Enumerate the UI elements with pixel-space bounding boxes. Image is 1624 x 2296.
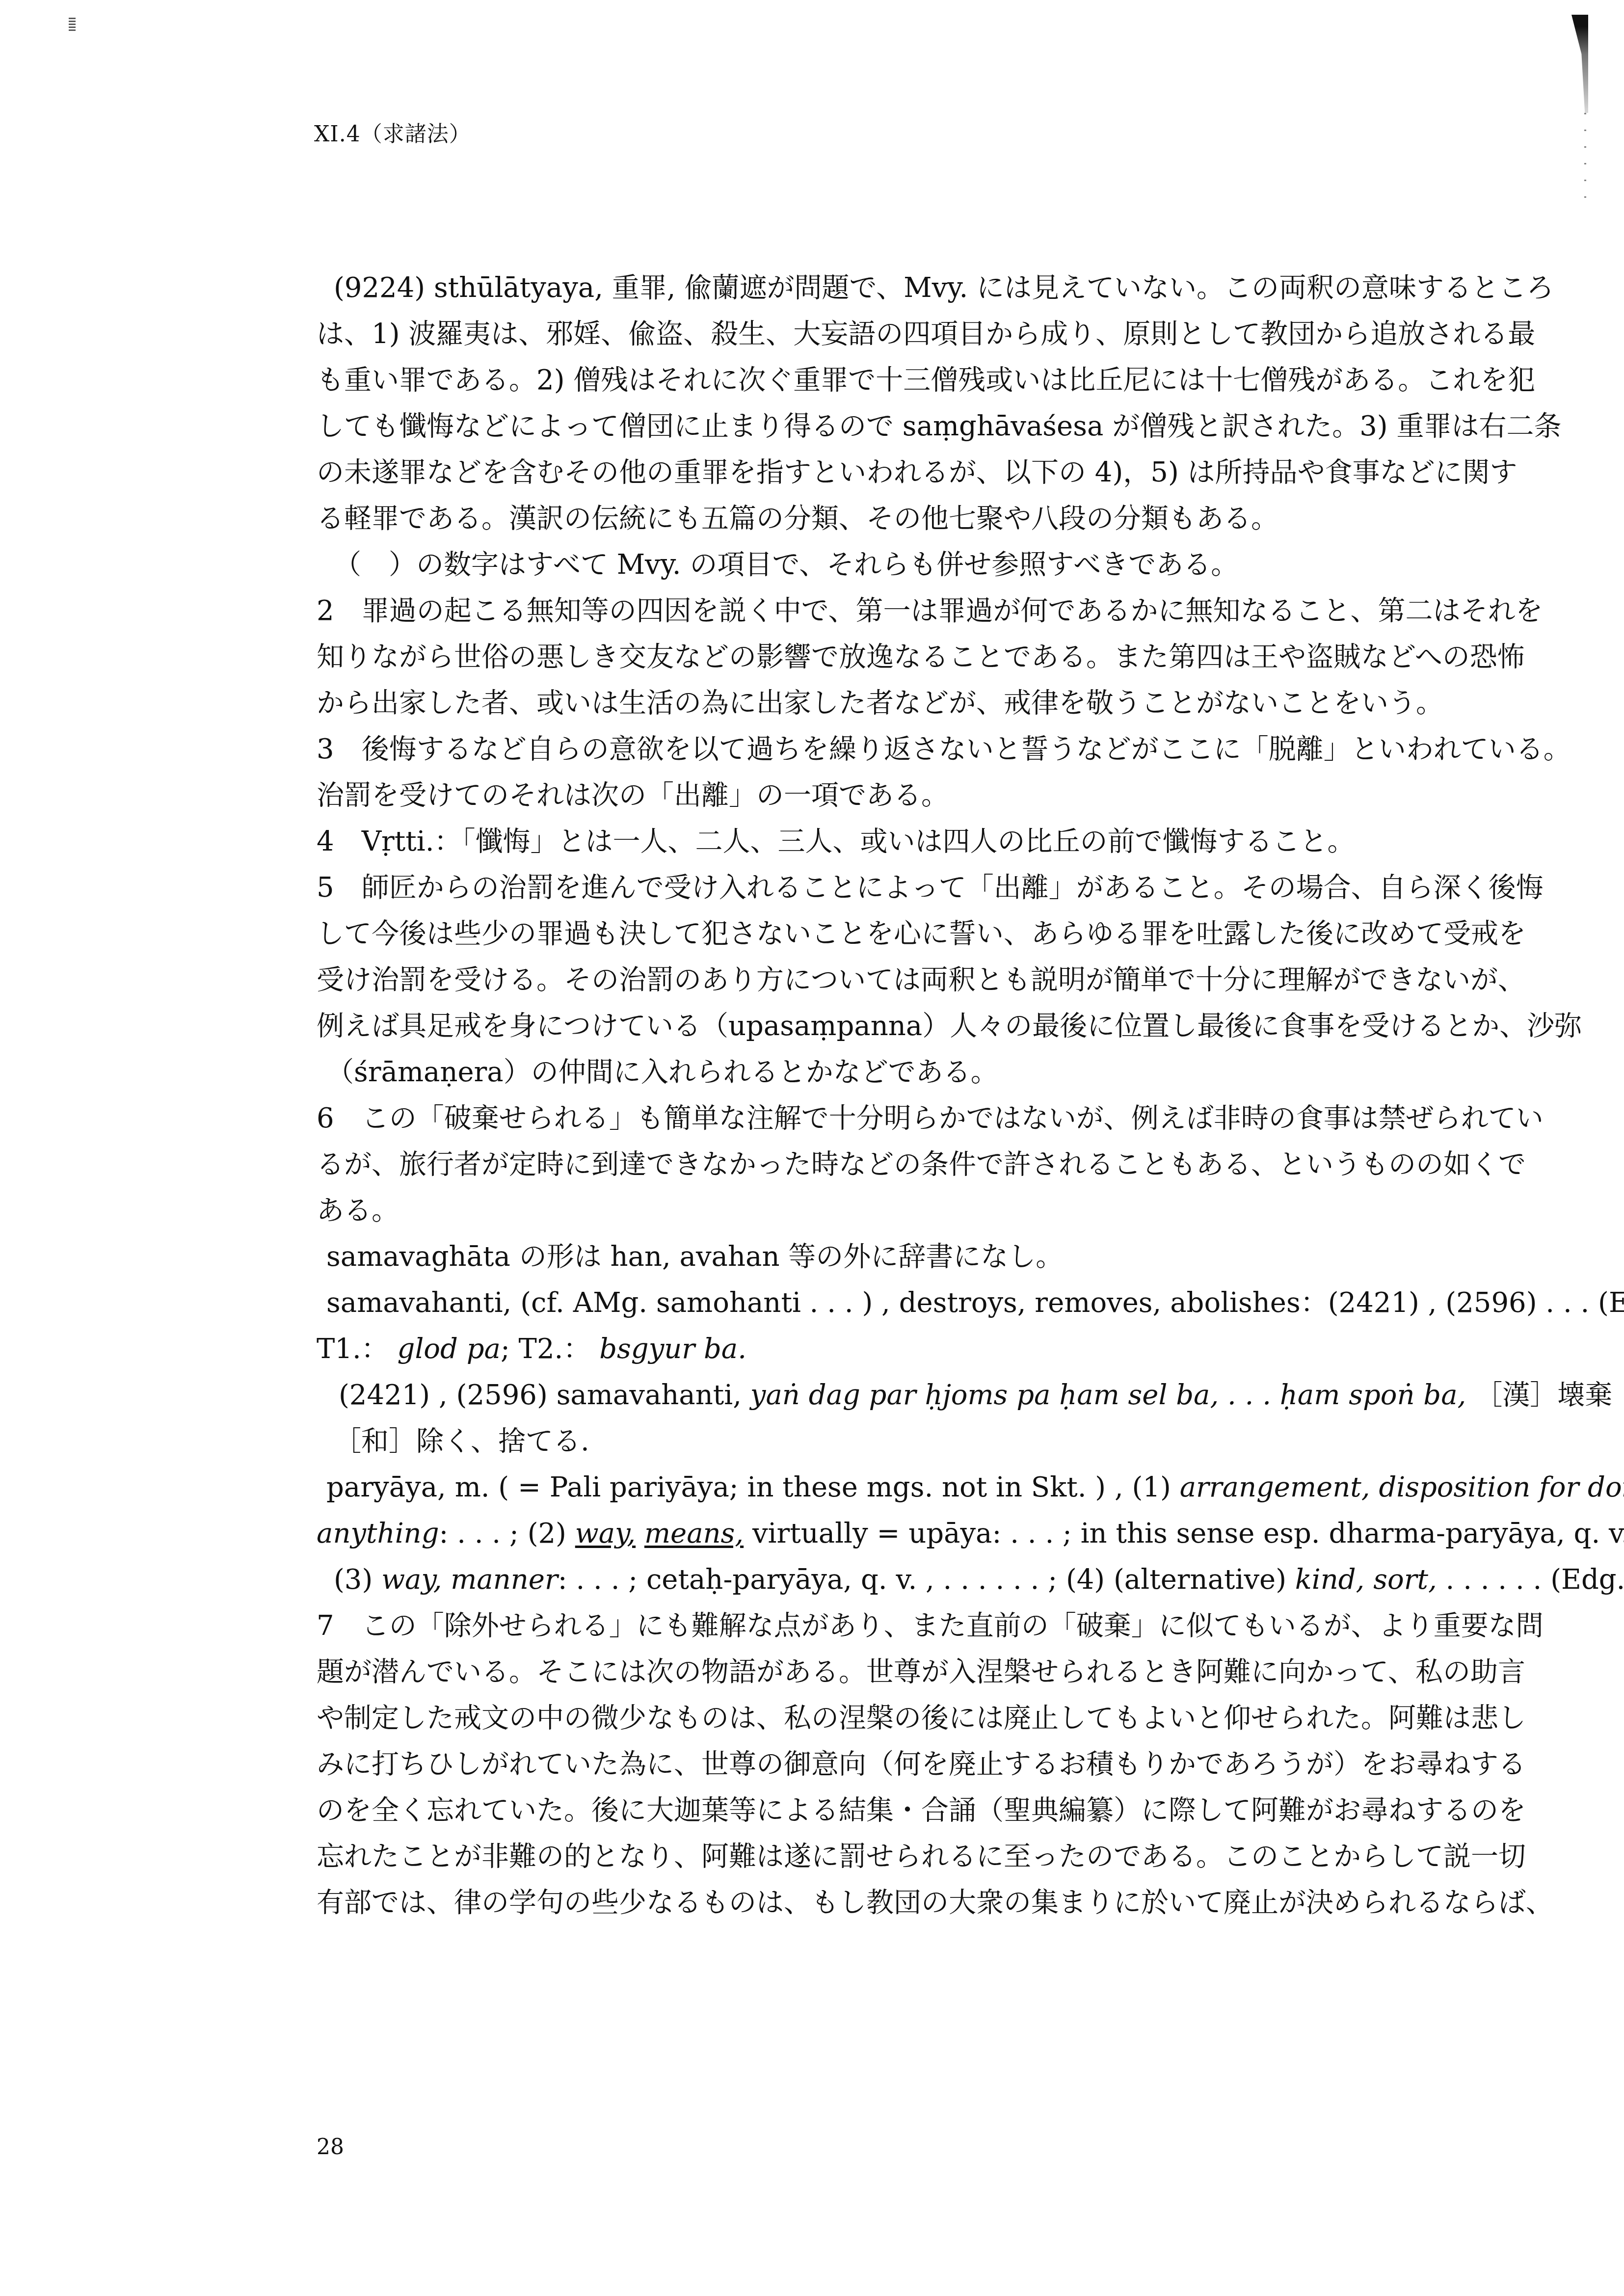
italic-term: way, xyxy=(575,1518,636,1549)
text-line: 知りながら世俗の悪しき交友などの影響で放逸なることである。また第四は王や盗賊など… xyxy=(317,634,1472,680)
text-line: や制定した戒文の中の微少なものは、私の涅槃の後には廃止してもよいと仰せられた。阿… xyxy=(317,1695,1472,1741)
text-segment: . . . . . . (Edg. ) . xyxy=(1437,1564,1624,1596)
text-line: して今後は些少の罪過も決して犯さないことを心に誓い、あらゆる罪を吐露した後に改め… xyxy=(317,911,1472,957)
text-segment: 2 罪過の起こる無知等の四因を説く中で、第一は罪過が何であるかに無知なること、第… xyxy=(317,595,1543,627)
text-segment: 治罰を受けてのそれは次の「出離」の一項である。 xyxy=(317,779,949,811)
text-segment: 5 師匠からの治罰を進んで受け入れることによって「出離」があること。その場合、自… xyxy=(317,872,1544,904)
text-line: 5 師匠からの治罰を進んで受け入れることによって「出離」があること。その場合、自… xyxy=(317,865,1472,911)
text-line: る軽罪である。漢訳の伝統にも五篇の分類、その他七聚や八段の分類もある。 xyxy=(317,496,1472,542)
text-line: 題が潜んでいる。そこには次の物語がある。世尊が入涅槃せられるとき阿難に向かって、… xyxy=(317,1649,1472,1695)
text-line: ある。 xyxy=(317,1188,1472,1234)
text-line: T1.： glod pa; T2.： bsgyur ba. xyxy=(317,1326,1472,1372)
text-line: 4 Vṛtti.：「懺悔」とは一人、二人、三人、或いは四人の比丘の前で懺悔するこ… xyxy=(317,819,1472,865)
italic-term: kind, sort, xyxy=(1295,1564,1437,1596)
text-segment: T1.： xyxy=(317,1333,398,1365)
text-segment: ある。 xyxy=(317,1195,399,1227)
text-segment: paryāya, m. ( = Pali pariyāya; in these … xyxy=(326,1471,1180,1503)
text-segment: ; T2.： xyxy=(501,1333,599,1365)
text-segment: して今後は些少の罪過も決して犯さないことを心に誓い、あらゆる罪を吐露した後に改め… xyxy=(317,918,1526,950)
text-line: の未遂罪などを含むその他の重罪を指すといわれるが、以下の 4)，5) は所持品や… xyxy=(317,450,1472,496)
italic-term: way, manner xyxy=(381,1564,558,1596)
text-line: 受け治罰を受ける。その治罰のあり方については両釈とも説明が簡単で十分に理解ができ… xyxy=(317,957,1472,1003)
text-segment: から出家した者、或いは生活の為に出家した者などが、戒律を敬うことがないことをいう… xyxy=(317,687,1443,719)
text-line: (9224) sthūlātyaya, 重罪, 偸蘭遮が問題で、Mvy. には見… xyxy=(317,265,1472,311)
italic-term: bsgyur ba. xyxy=(599,1333,746,1365)
scan-artifact-edge-dots xyxy=(1584,113,1586,211)
text-line: 2 罪過の起こる無知等の四因を説く中で、第一は罪過が何であるかに無知なること、第… xyxy=(317,588,1472,634)
text-line: も重い罪である。2) 僧残はそれに次ぐ重罪で十三僧残或いは比丘尼には十七僧残があ… xyxy=(317,357,1472,403)
text-segment: samavaghāta の形は han, avahan 等の外に辞書になし。 xyxy=(326,1241,1063,1273)
text-segment: る軽罪である。漢訳の伝統にも五篇の分類、その他七聚や八段の分類もある。 xyxy=(317,503,1278,534)
italic-term: anything xyxy=(317,1518,439,1549)
text-line: 例えば具足戒を身につけている（upasaṃpanna）人々の最後に位置し最後に食… xyxy=(317,1003,1472,1049)
text-segment: : . . . ; (2) xyxy=(439,1518,575,1549)
text-line: ［和］除く、捨てる. xyxy=(317,1418,1472,1465)
text-line: （ ）の数字はすべて Mvy. の項目で、それらも併せ参照すべきである。 xyxy=(317,542,1472,588)
text-segment: しても懺悔などによって僧団に止まり得るので saṃghāvaśesa が僧残と訳… xyxy=(317,410,1561,442)
text-line: samavaghāta の形は han, avahan 等の外に辞書になし。 xyxy=(317,1234,1472,1280)
text-line: (3) way, manner: . . . ; cetaḥ-paryāya, … xyxy=(317,1557,1472,1603)
text-segment: ［漢］壊棄 xyxy=(1466,1379,1612,1411)
text-segment: 6 この「破棄せられる」も簡単な注解で十分明らかではないが、例えば非時の食事は禁… xyxy=(317,1102,1544,1134)
text-segment: みに打ちひしがれていた為に、世尊の御意向（何を廃止するお積もりかであろうが）をお… xyxy=(317,1748,1526,1780)
text-line: 3 後悔するなど自らの意欲を以て過ちを繰り返さないと誓うなどがここに「脱離」とい… xyxy=(317,726,1472,773)
text-segment: も重い罪である。2) 僧残はそれに次ぐ重罪で十三僧残或いは比丘尼には十七僧残があ… xyxy=(317,364,1535,396)
text-segment: 有部では、律の学句の些少なるものは、もし教団の大衆の集まりに於いて廃止が決められ… xyxy=(317,1887,1553,1919)
text-segment: (9224) sthūlātyaya, 重罪, 偸蘭遮が問題で、Mvy. には見… xyxy=(334,272,1554,304)
text-segment: のを全く忘れていた。後に大迦葉等による結集・合誦（聖典編纂）に際して阿難がお尋ね… xyxy=(317,1794,1526,1826)
text-line: しても懺悔などによって僧団に止まり得るので saṃghāvaśesa が僧残と訳… xyxy=(317,403,1472,450)
page-number: 28 xyxy=(317,2133,344,2162)
text-segment: や制定した戒文の中の微少なものは、私の涅槃の後には廃止してもよいと仰せられた。阿… xyxy=(317,1702,1526,1734)
text-line: みに打ちひしがれていた為に、世尊の御意向（何を廃止するお積もりかであろうが）をお… xyxy=(317,1741,1472,1788)
text-line: るが、旅行者が定時に到達できなかった時などの条件で許されることもある、というもの… xyxy=(317,1142,1472,1188)
text-line: paryāya, m. ( = Pali pariyāya; in these … xyxy=(317,1465,1472,1511)
scan-artifact-top-left xyxy=(69,18,76,31)
text-segment: 受け治罰を受ける。その治罰のあり方については両釈とも説明が簡単で十分に理解ができ… xyxy=(317,964,1525,996)
text-line: 有部では、律の学句の些少なるものは、もし教団の大衆の集まりに於いて廃止が決められ… xyxy=(317,1880,1472,1926)
text-line: （śrāmaṇera）の仲間に入れられるとかなどである。 xyxy=(317,1049,1472,1095)
text-segment: ［和］除く、捨てる. xyxy=(334,1425,589,1457)
text-segment: samavahanti, (cf. AMg. samohanti . . . )… xyxy=(326,1287,1624,1319)
italic-term: glod pa xyxy=(398,1333,501,1365)
text-line: (2421) , (2596) samavahanti, yaṅ dag par… xyxy=(317,1372,1472,1418)
text-segment: 4 Vṛtti.：「懺悔」とは一人、二人、三人、或いは四人の比丘の前で懺悔するこ… xyxy=(317,826,1355,857)
italic-term: means, xyxy=(644,1518,744,1549)
text-segment xyxy=(636,1518,644,1549)
text-line: 7 この「除外せられる」にも難解な点があり、また直前の「破棄」に似てもいるが、よ… xyxy=(317,1603,1472,1649)
text-line: のを全く忘れていた。後に大迦葉等による結集・合誦（聖典編纂）に際して阿難がお尋ね… xyxy=(317,1788,1472,1834)
italic-term: arrangement, disposition for doing xyxy=(1180,1471,1624,1503)
text-segment: は、1) 波羅夷は、邪婬、偸盗、殺生、大妄語の四項目から成り、原則として教団から… xyxy=(317,318,1535,350)
running-head: XI.4（求諸法） xyxy=(314,120,471,149)
scan-artifact-page-edge xyxy=(1571,15,1588,113)
text-line: anything: . . . ; (2) way, means, virtua… xyxy=(317,1511,1472,1557)
text-segment: (2421) , (2596) samavahanti, xyxy=(339,1379,750,1411)
text-line: 6 この「破棄せられる」も簡単な注解で十分明らかではないが、例えば非時の食事は禁… xyxy=(317,1095,1472,1142)
text-segment: 知りながら世俗の悪しき交友などの影響で放逸なることである。また第四は王や盗賊など… xyxy=(317,641,1525,673)
page-body-text: (9224) sthūlātyaya, 重罪, 偸蘭遮が問題で、Mvy. には見… xyxy=(317,265,1472,1926)
text-line: samavahanti, (cf. AMg. samohanti . . . )… xyxy=(317,1280,1472,1326)
text-segment: (3) xyxy=(334,1564,381,1596)
text-line: から出家した者、或いは生活の為に出家した者などが、戒律を敬うことがないことをいう… xyxy=(317,680,1472,726)
text-segment: virtually = upāya: . . . ; in this sense… xyxy=(744,1518,1624,1549)
text-line: 忘れたことが非難の的となり、阿難は遂に罰せられるに至ったのである。このことからし… xyxy=(317,1834,1472,1880)
text-segment: 忘れたことが非難の的となり、阿難は遂に罰せられるに至ったのである。このことからし… xyxy=(317,1841,1526,1872)
text-line: 治罰を受けてのそれは次の「出離」の一項である。 xyxy=(317,773,1472,819)
text-segment: 題が潜んでいる。そこには次の物語がある。世尊が入涅槃せられるとき阿難に向かって、… xyxy=(317,1656,1525,1688)
text-segment: の未遂罪などを含むその他の重罪を指すといわれるが、以下の 4)，5) は所持品や… xyxy=(317,456,1518,488)
text-segment: 7 この「除外せられる」にも難解な点があり、また直前の「破棄」に似てもいるが、よ… xyxy=(317,1610,1544,1642)
text-segment: 例えば具足戒を身につけている（upasaṃpanna）人々の最後に位置し最後に食… xyxy=(317,1010,1582,1042)
text-segment: （ ）の数字はすべて Mvy. の項目で、それらも併せ参照すべきである。 xyxy=(334,549,1238,581)
text-segment: : . . . ; cetaḥ-paryāya, q. v. , . . . .… xyxy=(558,1564,1295,1596)
italic-term: yaṅ dag par ḥjoms pa ḥam sel ba, . . . ḥ… xyxy=(750,1379,1466,1411)
text-segment: るが、旅行者が定時に到達できなかった時などの条件で許されることもある、というもの… xyxy=(317,1148,1526,1180)
text-segment: 3 後悔するなど自らの意欲を以て過ちを繰り返さないと誓うなどがここに「脱離」とい… xyxy=(317,733,1571,765)
text-line: は、1) 波羅夷は、邪婬、偸盗、殺生、大妄語の四項目から成り、原則として教団から… xyxy=(317,311,1472,357)
text-segment: （śrāmaṇera）の仲間に入れられるとかなどである。 xyxy=(326,1056,998,1088)
